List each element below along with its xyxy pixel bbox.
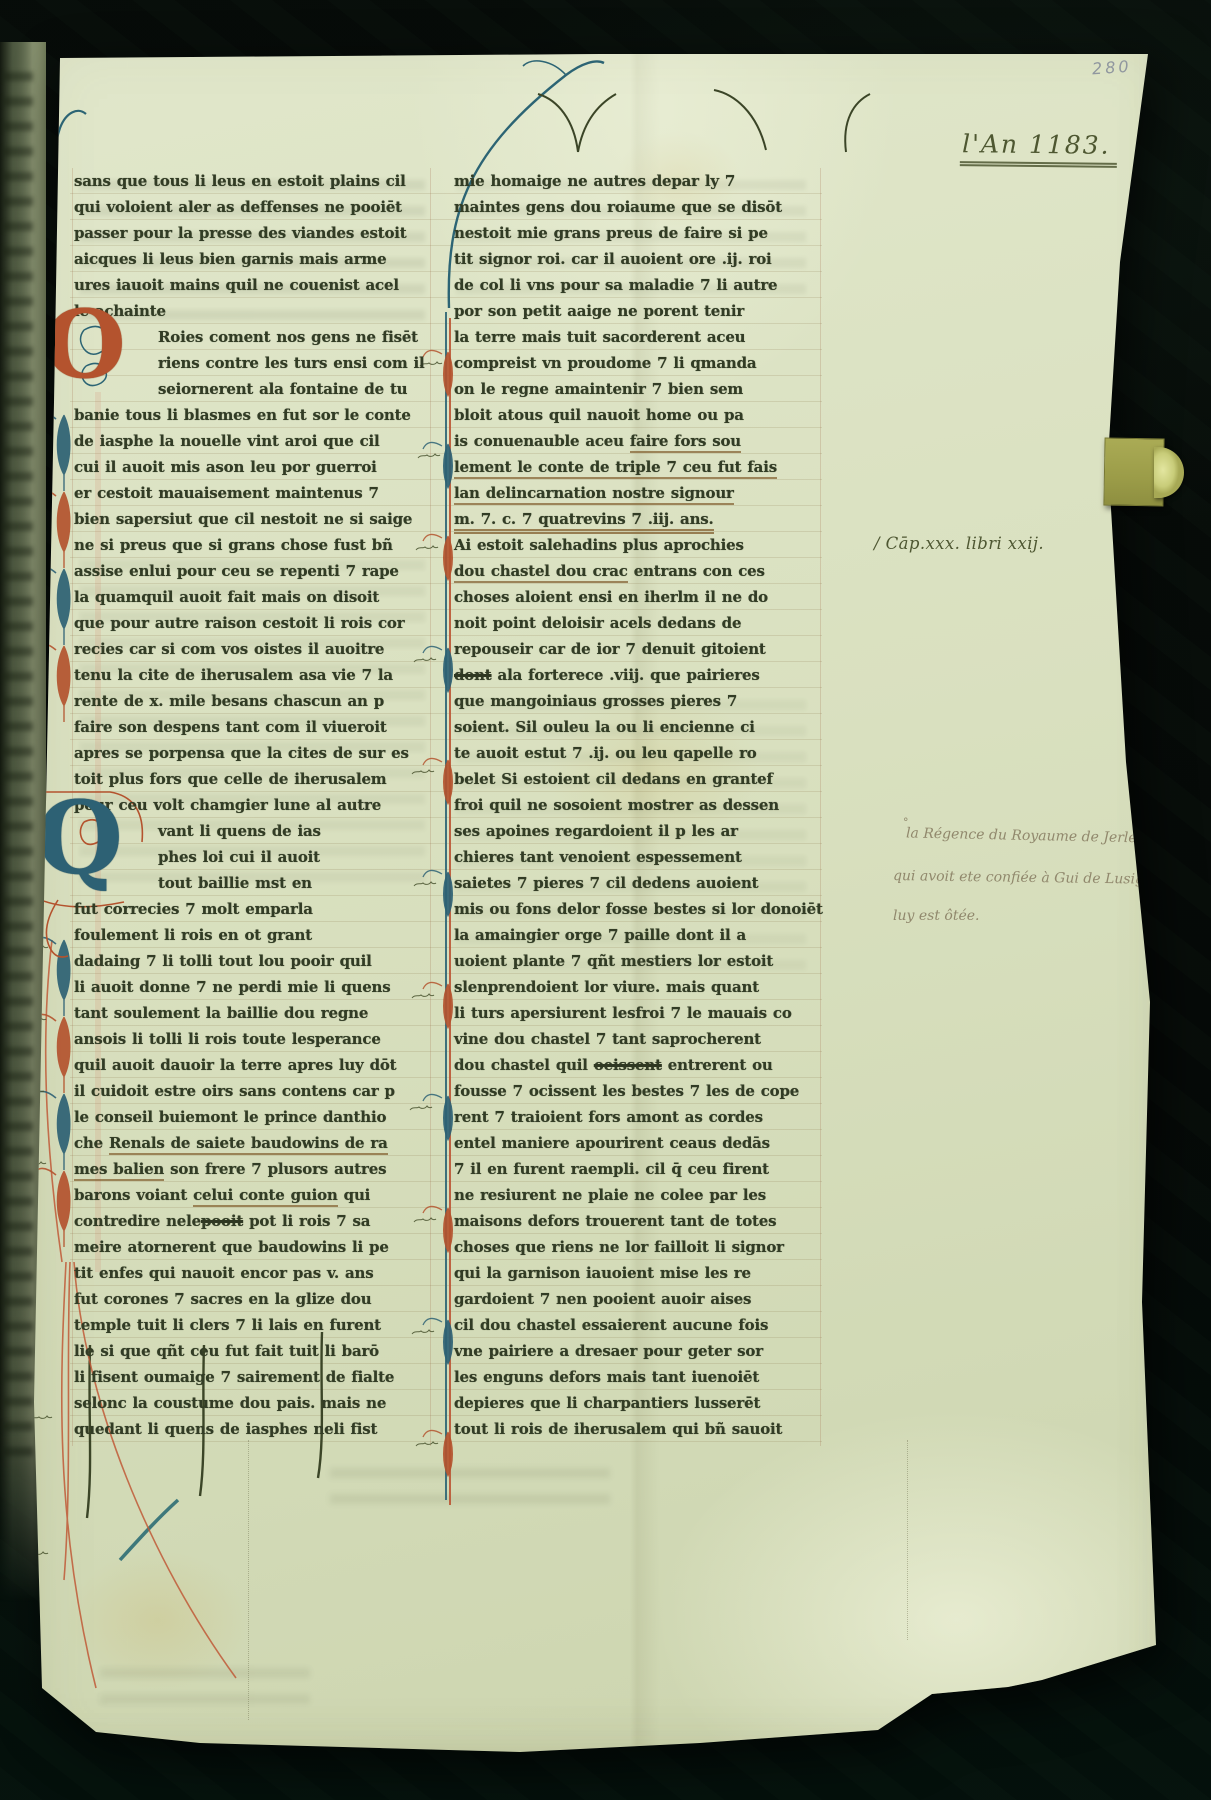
manuscript-text-line: Roies coment nos gens ne fisēt	[74, 324, 434, 350]
manuscript-text-line: de iasphe la nouelle vint aroi que cil	[74, 428, 434, 454]
manuscript-text-line: maisons defors trouerent tant de totes	[454, 1208, 818, 1234]
manuscript-text-line: compreist vn proudome 7 li qmanda	[454, 350, 818, 376]
underlined-text: lement le conte de triple 7 ceu fut fais	[454, 458, 777, 479]
pen-squiggle	[24, 498, 46, 502]
manuscript-text-line: fut correcies 7 molt emparla	[74, 896, 434, 922]
pen-squiggle	[24, 570, 46, 574]
manuscript-text-line: lie si que qñt ceu fut fait tuit li barō	[74, 1338, 434, 1364]
manuscript-text-line: dadaing 7 li tolli tout lou pooir quil	[74, 948, 434, 974]
manuscript-text-line: m. 7. c. 7 quatrevins 7 .iij. ans.	[454, 506, 818, 532]
underlined-text: faire fors sou	[630, 432, 741, 453]
text-column-2: mie homaige ne autres depar ly 7maintes …	[454, 168, 818, 1442]
manuscript-text-line: la amaingier orge 7 paille dont il a	[454, 922, 818, 948]
manuscript-text-line: cil dou chastel essaierent aucune fois	[454, 1312, 818, 1338]
manuscript-text-line: bloit atous quil nauoit home ou pa	[454, 402, 818, 428]
manuscript-text-line: li turs apersiurent lesfroi 7 le mauais …	[454, 1000, 818, 1026]
manuscript-text-line: bien sapersiut que cil nestoit ne si sai…	[74, 506, 434, 532]
manuscript-text-line: dou chastel quil oeissent entrerent ou	[454, 1052, 818, 1078]
margin-hook-ornament	[32, 412, 56, 421]
manuscript-text-line: qui la garnison iauoient mise les re	[454, 1260, 818, 1286]
manuscript-text-line: banie tous li blasmes en fut sor le cont…	[74, 402, 434, 428]
text-segment: contredire nele	[74, 1212, 201, 1230]
manuscript-text-line: nestoit mie grans preus de faire si pe	[454, 220, 818, 246]
manuscript-text-line: rent 7 traioient fors amont as cordes	[454, 1104, 818, 1130]
manuscript-text-line: assise enlui pour ceu se repenti 7 rape	[74, 558, 434, 584]
manuscript-text-line: cui il auoit mis ason leu por guerroi	[74, 454, 434, 480]
manuscript-text-line: choses aloient ensi en iherlm il ne do	[454, 584, 818, 610]
manuscript-photograph: sans que tous li leus en estoit plains c…	[0, 0, 1211, 1800]
manuscript-text-line: pour ceu volt chamgier lune al autre	[74, 792, 434, 818]
chapter-annotation: / Cāp.xxx. libri xxij.	[874, 534, 1044, 553]
manuscript-text-line: soient. Sil ouleu la ou li encienne ci	[454, 714, 818, 740]
struck-text: oeissent	[594, 1056, 662, 1074]
manuscript-text-line: vine dou chastel 7 tant saprocherent	[454, 1026, 818, 1052]
manuscript-text-line: riens contre les turs ensi com il	[74, 350, 434, 376]
manuscript-text-line: dou chastel dou crac entrans con ces	[454, 558, 818, 584]
text-segment: is conuenauble aceu	[454, 432, 630, 450]
manuscript-text-line: ansois li tolli li rois toute lesperance	[74, 1026, 434, 1052]
manuscript-text-line: li auoit donne 7 ne perdi mie li quens	[74, 974, 434, 1000]
manuscript-text-line: la terre mais tuit sacorderent aceu	[454, 324, 818, 350]
struck-text: dont	[454, 666, 492, 684]
manuscript-text-line: foulement li rois en ot grant	[74, 922, 434, 948]
manuscript-text-line: toit plus fors que celle de iherusalem	[74, 766, 434, 792]
underlined-text: Renals de saiete baudowins de ra	[109, 1134, 388, 1155]
manuscript-text-line: fousse 7 ocissent les bestes 7 les de co…	[454, 1078, 818, 1104]
manuscript-text-line: ne si preus que si grans chose fust bñ	[74, 532, 434, 558]
manuscript-text-line: tout baillie mst en	[74, 870, 434, 896]
manuscript-text-line: te auoit estut 7 .ij. ou leu qapelle ro	[454, 740, 818, 766]
manuscript-text-line: por son petit aaige ne porent tenir	[454, 298, 818, 324]
manuscript-text-line: lan delincarnation nostre signour	[454, 480, 818, 506]
manuscript-text-line: quil auoit dauoir la terre apres luy dōt	[74, 1052, 434, 1078]
manuscript-text-line: er cestoit mauaisement maintenus 7	[74, 480, 434, 506]
manuscript-text-line: ses apoines regardoient il p les ar	[454, 818, 818, 844]
manuscript-text-line: depieres que li charpantiers lusserēt	[454, 1390, 818, 1416]
manuscript-text-line: ures iauoit mains quil ne couenist acel	[74, 272, 434, 298]
struck-text: pooit	[201, 1212, 243, 1230]
manuscript-text-line: aicques li leus bien garnis mais arme	[74, 246, 434, 272]
illuminated-initial-q: Q	[36, 788, 123, 888]
year-annotation: l'An 1183.	[960, 129, 1117, 168]
text-segment: dou chastel quil	[454, 1056, 594, 1074]
manuscript-text-line: fut corones 7 sacres en la glize dou	[74, 1286, 434, 1312]
manuscript-text-line: tout li rois de iherusalem qui bñ sauoit	[454, 1416, 818, 1442]
manuscript-text-line: que pour autre raison cestoit li rois co…	[74, 610, 434, 636]
manuscript-text-line: la quamquil auoit fait mais on disoit	[74, 584, 434, 610]
illuminated-initial-o: O	[44, 298, 126, 392]
manuscript-text-line: de col li vns pour sa maladie 7 li autre	[454, 272, 818, 298]
manuscript-text-line: tit enfes qui nauoit encor pas v. ans	[74, 1260, 434, 1286]
manuscript-text-line: que mangoiniaus grosses pieres 7	[454, 688, 818, 714]
text-segment: ala forterece .viij. que pairieres	[492, 666, 760, 684]
manuscript-text-line: belet Si estoient cil dedans en grantef	[454, 766, 818, 792]
manuscript-text-line: on le regne amaintenir 7 bien sem	[454, 376, 818, 402]
manuscript-text-line: noit point deloisir acels dedans de	[454, 610, 818, 636]
text-segment: son frere 7 plusors autres	[164, 1160, 386, 1178]
folio-number: 280	[1091, 57, 1132, 79]
manuscript-text-line: li fisent oumaige 7 sairement de fialte	[74, 1364, 434, 1390]
paragraph: sans que tous li leus en estoit plains c…	[74, 168, 434, 324]
underlined-text: m. 7. c. 7 quatrevins 7 .iij. ans.	[454, 510, 714, 534]
manuscript-text-line: phes loi cui il auoit	[74, 844, 434, 870]
manuscript-text-line: saietes 7 pieres 7 cil dedens auoient	[454, 870, 818, 896]
manuscript-text-line: slenprendoient lor viure. mais quant	[454, 974, 818, 1000]
page-wrap: sans que tous li leus en estoit plains c…	[0, 0, 1211, 1800]
underlined-text: lan delincarnation nostre signour	[454, 484, 734, 505]
paragraph: Roies coment nos gens ne fisētriens con…	[74, 324, 434, 818]
manuscript-text-line: tenu la cite de iherusalem asa vie 7 la	[74, 662, 434, 688]
manuscript-text-line: mes balien son frere 7 plusors autres	[74, 1156, 434, 1182]
manuscript-text-line: quedant li quens de iasphes neli fist	[74, 1416, 434, 1442]
pen-squiggle	[22, 642, 44, 646]
margin-note-line: luy est ôtée.	[893, 908, 979, 924]
manuscript-page: sans que tous li leus en estoit plains c…	[0, 0, 1211, 1800]
manuscript-text-line: passer pour la presse des viandes estoit	[74, 220, 434, 246]
manuscript-text-line: tant soulement la baillie dou regne	[74, 1000, 434, 1026]
manuscript-text-line: le conseil buiemont le prince danthio	[74, 1104, 434, 1130]
paragraph: mie homaige ne autres depar ly 7maintes …	[454, 168, 818, 532]
manuscript-text-line: les enguns defors mais tant iuenoiēt	[454, 1364, 818, 1390]
text-segment: pot li rois 7 sa	[243, 1212, 370, 1230]
text-segment: qui	[338, 1186, 371, 1204]
text-segment: entrans con ces	[628, 562, 765, 580]
pen-squiggle	[26, 426, 48, 430]
paragraph: vant li quens de iasphes loi cui il auoi…	[74, 818, 434, 1442]
manuscript-text-line: is conuenauble aceu faire fors sou	[454, 428, 818, 454]
text-segment: barons voiant	[74, 1186, 193, 1204]
manuscript-text-line: dont ala forterece .viij. que pairieres	[454, 662, 818, 688]
manuscript-text-line: lement le conte de triple 7 ceu fut fais	[454, 454, 818, 480]
text-column-1: sans que tous li leus en estoit plains c…	[74, 168, 434, 1442]
manuscript-text-line: meire atornerent que baudowins li pe	[74, 1234, 434, 1260]
manuscript-text-line: faire son despens tant com il viueroit	[74, 714, 434, 740]
manuscript-text-line: 7 il en furent raempli. cil q̄ ceu firen…	[454, 1156, 818, 1182]
manuscript-text-line: temple tuit li clers 7 li lais en furent	[74, 1312, 434, 1338]
manuscript-text-line: choses que riens ne lor failloit li sign…	[454, 1234, 818, 1260]
manuscript-text-line: uoient plante 7 qñt mestiers lor estoit	[454, 948, 818, 974]
underlined-text: mes balien	[74, 1160, 164, 1181]
manuscript-text-line: mie homaige ne autres depar ly 7	[454, 168, 818, 194]
manuscript-text-line: gardoient 7 nen pooient auoir aises	[454, 1286, 818, 1312]
manuscript-text-line: repouseir car de ior 7 denuit gitoient	[454, 636, 818, 662]
manuscript-text-line: barons voiant celui conte guion qui	[74, 1182, 434, 1208]
manuscript-text-line: sans que tous li leus en estoit plains c…	[74, 168, 434, 194]
manuscript-text-line: il cuidoit estre oirs sans contens car p	[74, 1078, 434, 1104]
manuscript-text-line: selonc la coustume dou pais. mais ne	[74, 1390, 434, 1416]
manuscript-text-line: seiornerent ala fontaine de tu	[74, 376, 434, 402]
manuscript-text-line: recies car si com vos oistes il auoitre	[74, 636, 434, 662]
manuscript-text-line: le achainte	[74, 298, 434, 324]
manuscript-text-line: vant li quens de ias	[74, 818, 434, 844]
manuscript-text-line: qui voloient aler as deffenses ne pooiē…	[74, 194, 434, 220]
manuscript-text-line: contredire nelepooit pot li rois 7 sa	[74, 1208, 434, 1234]
manuscript-text-line: apres se porpensa que la cites de sur es	[74, 740, 434, 766]
manuscript-text-line: ne resiurent ne plaie ne colee par les	[454, 1182, 818, 1208]
manuscript-text-line: mis ou fons delor fosse bestes si lor do…	[454, 896, 818, 922]
manuscript-text-line: tit signor roi. car il auoient ore .ij. …	[454, 246, 818, 272]
manuscript-text-line: rente de x. mile besans chascun an p	[74, 688, 434, 714]
text-segment: che	[74, 1134, 109, 1152]
paragraph: Ai estoit salehadins plus aprochiesdou c…	[454, 532, 818, 1442]
text-segment: entrerent ou	[662, 1056, 773, 1074]
manuscript-text-line: che Renals de saiete baudowins de ra	[74, 1130, 434, 1156]
manuscript-text-line: vne pairiere a dresaer pour geter sor	[454, 1338, 818, 1364]
manuscript-text-line: chieres tant venoient espessement	[454, 844, 818, 870]
manuscript-text-line: froi quil ne sosoient mostrer as dessen	[454, 792, 818, 818]
underlined-text: celui conte guion	[193, 1186, 338, 1207]
manuscript-text-line: maintes gens dou roiaume que se disōt	[454, 194, 818, 220]
manuscript-text-line: entel maniere apourirent ceaus dedās	[454, 1130, 818, 1156]
manuscript-text-line: Ai estoit salehadins plus aprochies	[454, 532, 818, 558]
underlined-text: dou chastel dou crac	[454, 562, 628, 583]
